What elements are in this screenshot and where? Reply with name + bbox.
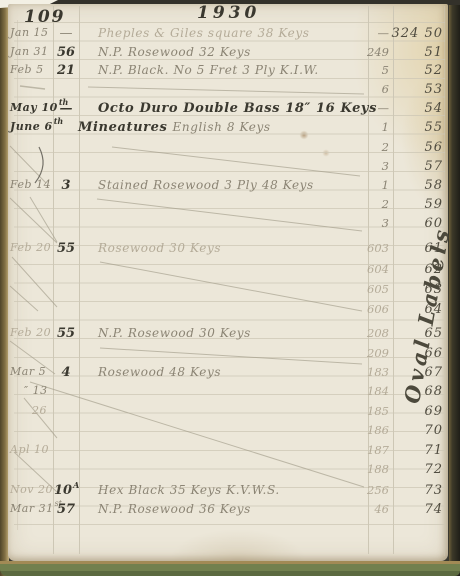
row-batch-number: 4	[54, 365, 78, 380]
row-batch-number: 56	[54, 45, 78, 60]
row-description: Stained Rosewood 3 Ply 48 Keys	[98, 178, 314, 192]
row-date: 26	[32, 404, 47, 417]
row-date: Mar 5	[10, 365, 46, 378]
row-description: N.P. Rosewood 32 Keys	[98, 45, 251, 59]
ledger-row: 259	[0, 197, 460, 216]
ledger-row: 256	[0, 140, 460, 159]
ledger-row: June 6thMineatures English 8 Keys155	[0, 120, 460, 139]
row-serial: 59	[380, 197, 443, 212]
row-serial: 57	[380, 159, 443, 174]
row-description-part: Rosewood 30 Keys	[98, 241, 221, 255]
row-description-part: Rosewood 48 Keys	[98, 365, 221, 379]
ledger-row: Jan 15—Pheples & Giles square 38 Keys—32…	[0, 26, 460, 45]
row-description: Octo Duro Double Bass 18″ 16 Keys	[98, 101, 377, 116]
row-description: N.P. Black. No 5 Fret 3 Ply K.I.W.	[98, 63, 319, 77]
row-date: Feb 14	[10, 178, 51, 191]
ledger-row: 360	[0, 216, 460, 235]
row-description-part: N.P. Rosewood 32 Keys	[98, 45, 251, 59]
row-date: Nov 20	[10, 483, 53, 496]
row-description-part: Stained Rosewood 3 Ply 48 Keys	[98, 178, 314, 192]
row-date: June 6th	[10, 120, 63, 133]
row-description-part: English 8 Keys	[173, 120, 271, 134]
row-serial: 324 50	[380, 26, 443, 41]
row-batch-number: 55	[54, 241, 78, 256]
ledger-row: Mar 54Rosewood 48 Keys18367	[0, 365, 460, 384]
ledger-row: Jan 3156N.P. Rosewood 32 Keys24951	[0, 45, 460, 64]
row-serial: 69	[380, 404, 443, 419]
row-serial: 74	[380, 502, 443, 517]
row-batch-number: —	[54, 101, 78, 116]
ledger-row: 18872	[0, 462, 460, 481]
row-description: Rosewood 48 Keys	[98, 365, 221, 379]
row-serial: 70	[380, 423, 443, 438]
row-batch-number: 10A	[54, 483, 78, 498]
row-description-part: Mineatures	[78, 120, 173, 135]
row-description-part: N.P. Rosewood 36 Keys	[98, 502, 251, 516]
scanned-ledger-page: { "page": { "number": "109", "year": "19…	[0, 0, 460, 576]
row-description-part: N.P. Rosewood 30 Keys	[98, 326, 251, 340]
row-serial: 72	[380, 462, 443, 477]
row-serial: 58	[380, 178, 443, 193]
row-date: Apl 10	[10, 443, 49, 456]
ledger-row: 60563	[0, 282, 460, 301]
row-date: Feb 5	[10, 63, 44, 76]
page-number: 109	[24, 7, 66, 27]
ledger-row: 2618569	[0, 404, 460, 423]
ledger-row: ″ 1318468	[0, 384, 460, 403]
row-description-part: N.P. Black. No 5 Fret 3 Ply K.I.W.	[98, 63, 319, 77]
row-description: N.P. Rosewood 30 Keys	[98, 326, 251, 340]
ledger-row: 20966	[0, 346, 460, 365]
row-description-part: Pheples & Giles square 38 Keys	[98, 26, 309, 40]
row-serial: 71	[380, 443, 443, 458]
row-description: N.P. Rosewood 36 Keys	[98, 502, 251, 516]
row-description-part: Octo Duro Double Bass 18″ 16 Keys	[98, 101, 377, 116]
ledger-row: Mar 31st57N.P. Rosewood 36 Keys4674	[0, 502, 460, 521]
row-serial: 55	[380, 120, 443, 135]
row-batch-number: 3	[54, 178, 78, 193]
row-description: Mineatures English 8 Keys	[78, 120, 271, 135]
row-date: ″ 13	[24, 384, 48, 397]
row-date: Feb 20	[10, 241, 51, 254]
row-serial: 54	[380, 101, 443, 116]
row-date: Jan 31	[10, 45, 49, 58]
ledger-row: Feb 143Stained Rosewood 3 Ply 48 Keys158	[0, 178, 460, 197]
row-serial: 51	[380, 45, 443, 60]
row-date: Jan 15	[10, 26, 49, 39]
row-description: Pheples & Giles square 38 Keys	[98, 26, 309, 40]
row-description: Rosewood 30 Keys	[98, 241, 221, 255]
ledger-row: 18670	[0, 423, 460, 442]
ledger-row: 60462	[0, 262, 460, 281]
row-batch-number: —	[54, 26, 78, 41]
row-description: Hex Black 35 Keys K.V.W.S.	[98, 483, 280, 497]
row-serial: 52	[380, 63, 443, 78]
row-serial: 73	[380, 483, 443, 498]
row-batch-number: 21	[54, 63, 78, 78]
row-serial: 53	[380, 82, 443, 97]
ledger-row: 653	[0, 82, 460, 101]
ledger-row: 60664	[0, 302, 460, 321]
row-serial: 56	[380, 140, 443, 155]
ledger-row: 357	[0, 159, 460, 178]
row-batch-number: 57	[54, 502, 78, 517]
year-title: 1930	[197, 3, 260, 23]
ledger-row: May 10th—Octo Duro Double Bass 18″ 16 Ke…	[0, 101, 460, 120]
row-batch-number: 55	[54, 326, 78, 341]
ledger-row: Nov 2010AHex Black 35 Keys K.V.W.S.25673	[0, 483, 460, 502]
ledger-row: Apl 1018771	[0, 443, 460, 462]
ledger-row: Feb 2055N.P. Rosewood 30 Keys20865	[0, 326, 460, 345]
row-description-part: Hex Black 35 Keys K.V.W.S.	[98, 483, 280, 497]
ledger-row: Feb 521N.P. Black. No 5 Fret 3 Ply K.I.W…	[0, 63, 460, 82]
row-date: Feb 20	[10, 326, 51, 339]
ledger-row: Feb 2055Rosewood 30 Keys60361	[0, 241, 460, 260]
